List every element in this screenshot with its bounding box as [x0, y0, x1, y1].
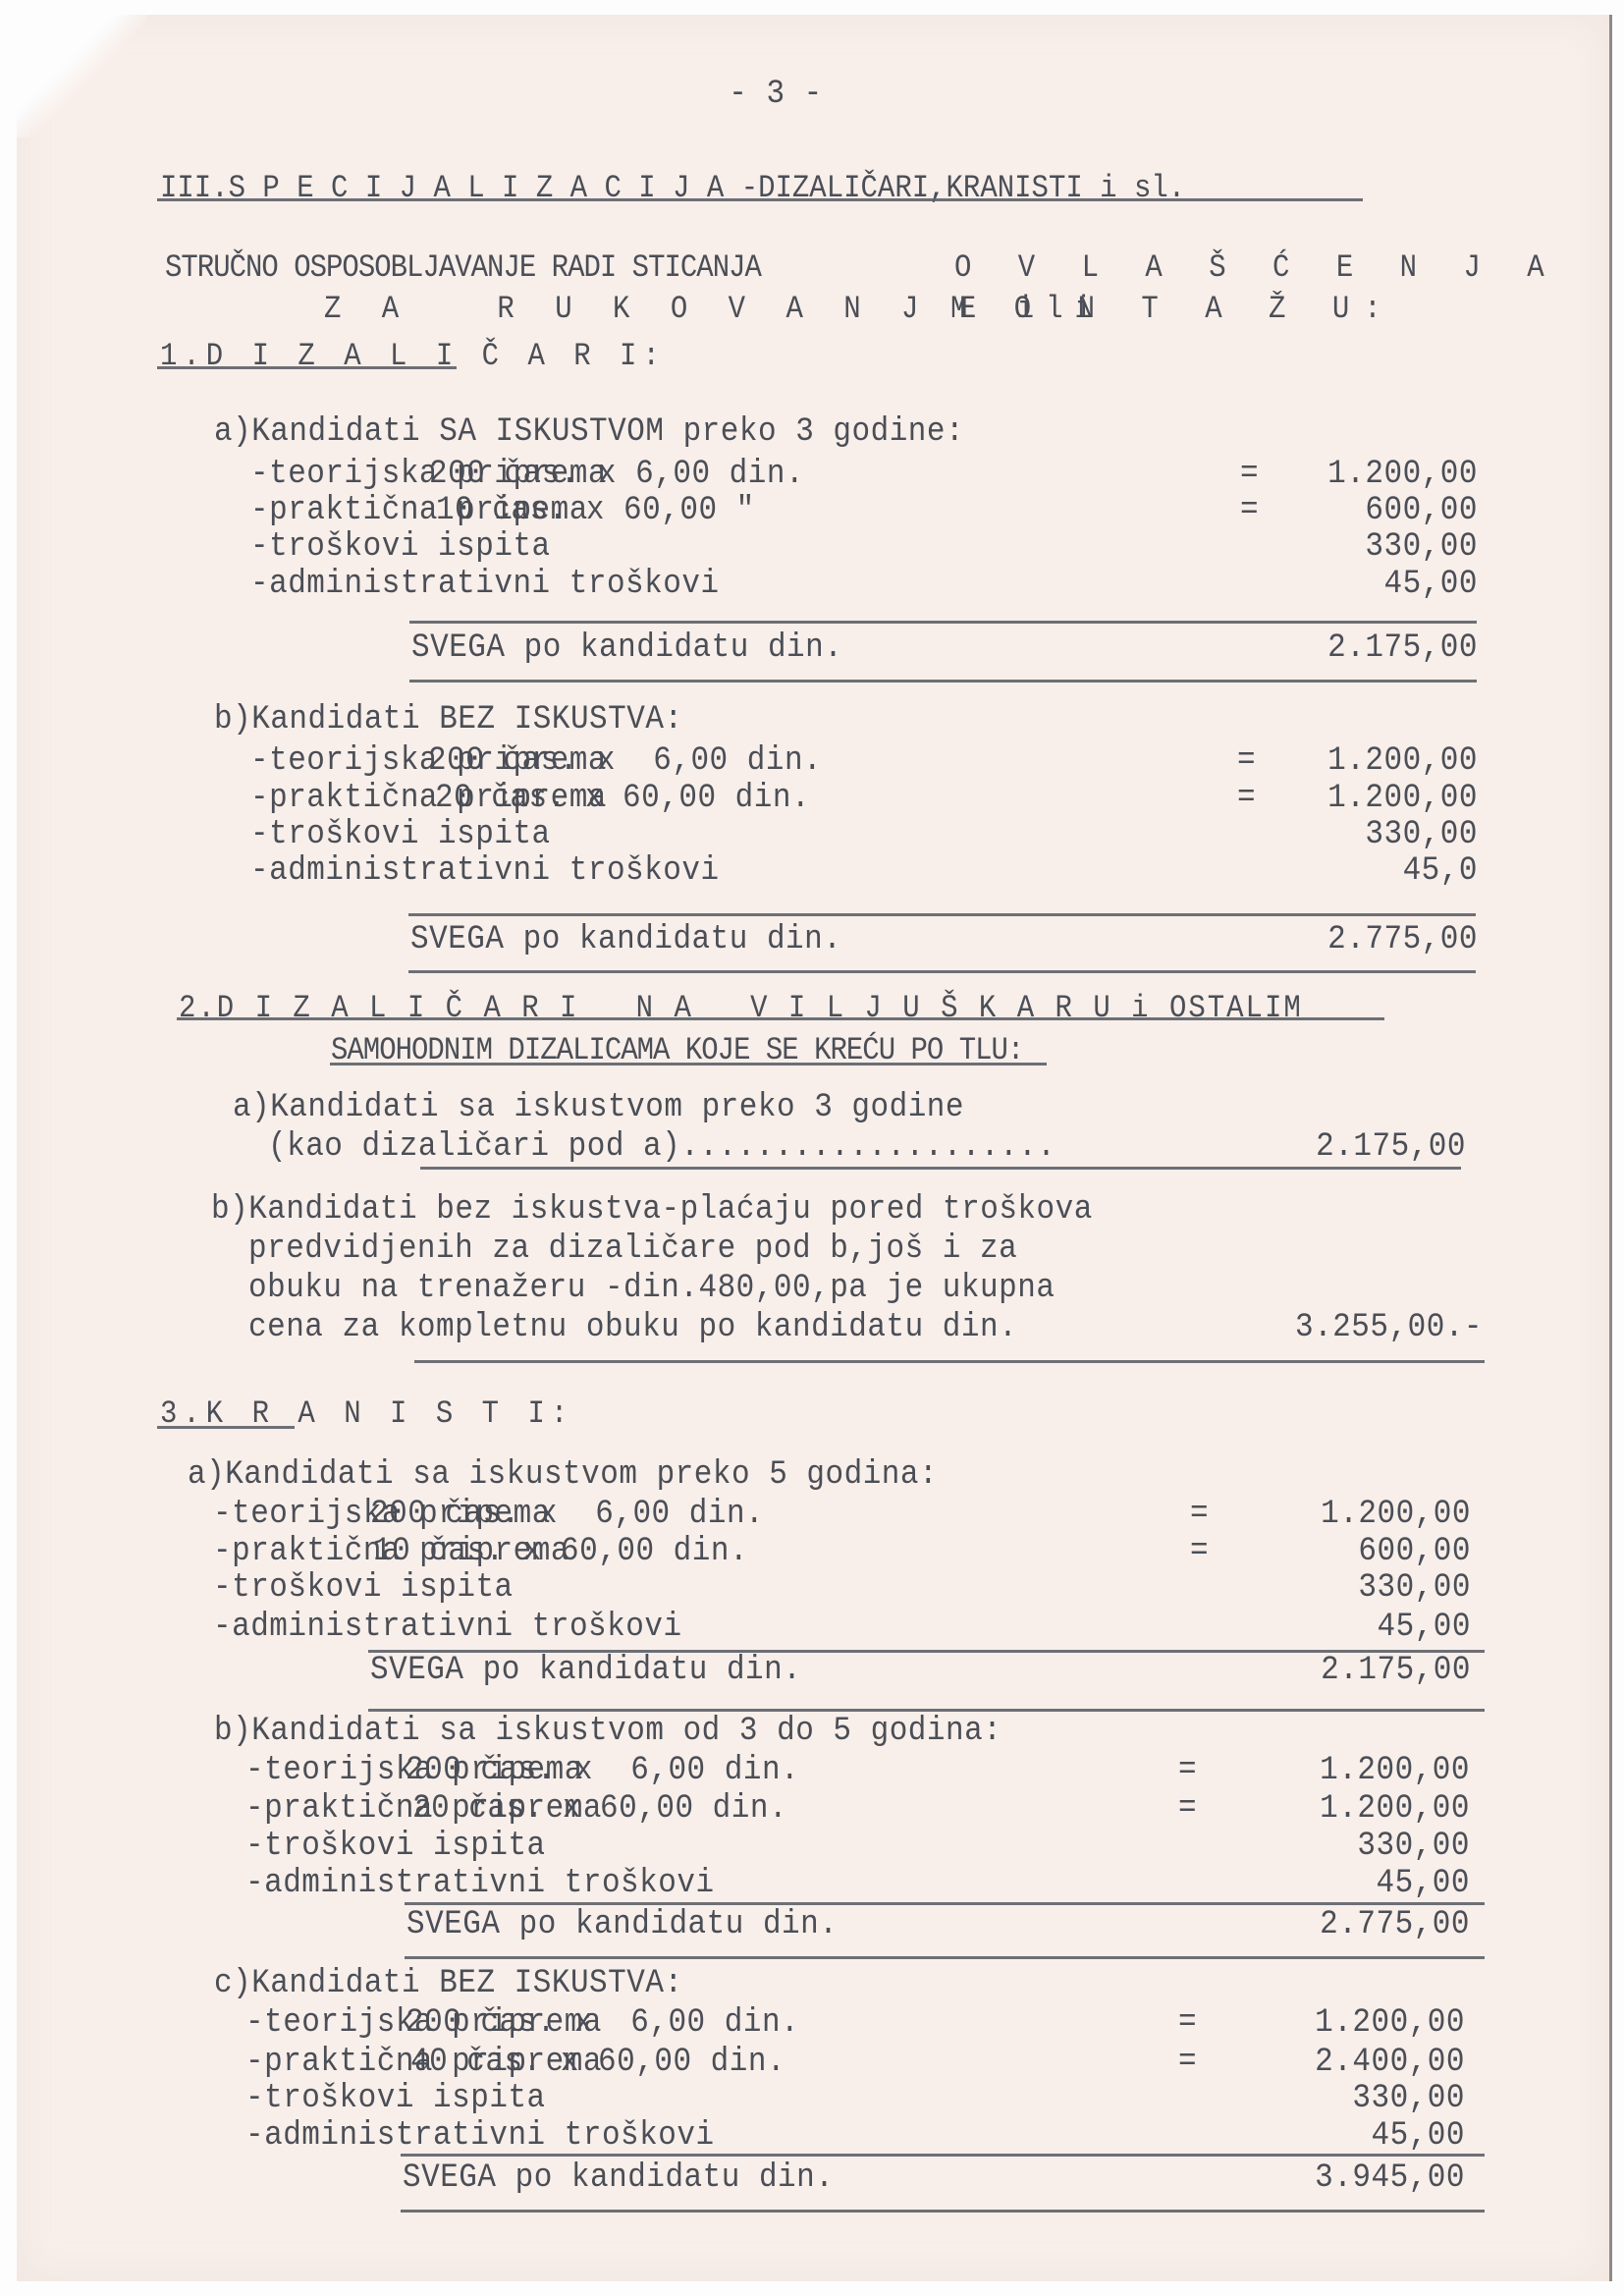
- section-2-b-line2: predvidjenih za dizaličare pod b,još i z…: [248, 1230, 1017, 1269]
- total-rule-bottom: [405, 1956, 1485, 1959]
- section-2-heading-line1: 2.D I Z A L I Č A R I N A V I L J U Š K …: [179, 989, 1303, 1028]
- cost-item-amount: 1.200,00: [1215, 1751, 1470, 1790]
- cost-item-name: -troškovi ispita: [245, 1827, 546, 1866]
- total-amount: 3.945,00: [1210, 2159, 1465, 2198]
- cost-item-calc: 10 čas. x 60,00 din.: [373, 1532, 748, 1571]
- cost-item-name: -administrativni troškovi: [213, 1608, 682, 1647]
- cost-item-amount: 45,00: [1215, 1864, 1470, 1903]
- cost-item-amount: 1.200,00: [1222, 455, 1478, 494]
- section-2-underline-1: [177, 1017, 1384, 1020]
- total-label: SVEGA po kandidatu din.: [411, 629, 842, 668]
- cost-item-amount: 45,0: [1222, 851, 1478, 891]
- section-2-underline-2: [330, 1063, 1047, 1066]
- section-2-b-line1: b)Kandidati bez iskustva-plaćaju pored t…: [211, 1190, 1093, 1230]
- cost-item-amount: 45,00: [1216, 1608, 1471, 1647]
- total-label: SVEGA po kandidatu din.: [370, 1651, 801, 1690]
- cost-item-amount: 1.200,00: [1210, 2003, 1465, 2043]
- cost-item-calc: 200 čas. x 6,00 din.: [406, 2003, 799, 2043]
- cost-item-name: -administrativni troškovi: [250, 565, 720, 604]
- section-2-a-amount: 2.175,00: [1178, 1127, 1466, 1167]
- cost-item-equals: =: [1190, 1532, 1209, 1571]
- cost-item-amount: 2.400,00: [1210, 2043, 1465, 2082]
- cost-item-amount: 330,00: [1210, 2079, 1465, 2118]
- total-rule-bottom: [401, 2210, 1485, 2213]
- total-rule-top: [408, 913, 1476, 916]
- cost-item-amount: 330,00: [1222, 815, 1478, 854]
- total-label: SVEGA po kandidatu din.: [406, 1905, 838, 1944]
- cost-item-equals: =: [1178, 1789, 1197, 1829]
- cost-item-equals: =: [1178, 2043, 1197, 2082]
- section-1-underline: [157, 366, 457, 369]
- total-rule-bottom: [409, 680, 1477, 683]
- cost-item-calc: 200 čas. x 6,00 din.: [428, 741, 822, 781]
- section-2-a-underline: [420, 1167, 1461, 1170]
- section-2-a-line1: a)Kandidati sa iskustvom preko 3 godine: [233, 1088, 964, 1127]
- cost-item-amount: 1.200,00: [1216, 1495, 1471, 1534]
- total-amount: 2.775,00: [1222, 920, 1478, 959]
- main-title: III.S P E C I J A L I Z A C I J A -DIZAL…: [160, 169, 1185, 208]
- total-rule-top: [409, 621, 1477, 624]
- cost-item-amount: 45,00: [1222, 565, 1478, 604]
- cost-item-name: -troškovi ispita: [250, 815, 551, 854]
- title-underline: [157, 198, 1363, 201]
- cost-item-name: -troškovi ispita: [213, 1568, 514, 1608]
- cost-item-name: -administrativni troškovi: [245, 1864, 715, 1903]
- cost-item-calc: 10 čas. x 60,00 ": [436, 491, 755, 530]
- section-1-heading: 1.D I Z A L I Č A R I:: [160, 337, 666, 376]
- section-2-b-underline: [414, 1360, 1485, 1363]
- section-2-b-line4: cena za kompletnu obuku po kandidatu din…: [248, 1308, 1017, 1347]
- cost-item-equals: =: [1178, 2003, 1197, 2043]
- cost-item-calc: 200 čas. x 6,00 din.: [406, 1751, 799, 1790]
- total-rule-top: [401, 2154, 1485, 2157]
- cost-item-name: -administrativni troškovi: [245, 2116, 715, 2156]
- cost-item-amount: 600,00: [1216, 1532, 1471, 1571]
- cost-item-amount: 1.200,00: [1222, 741, 1478, 781]
- group-label: c)Kandidati BEZ ISKUSTVA:: [214, 1964, 683, 2003]
- page-number: - 3 -: [677, 75, 874, 114]
- cost-item-equals: =: [1190, 1495, 1209, 1534]
- cost-item-amount: 600,00: [1222, 491, 1478, 530]
- total-rule-bottom: [408, 970, 1476, 973]
- cost-item-calc: 200 čas. x 6,00 din.: [370, 1495, 764, 1534]
- total-amount: 2.775,00: [1215, 1905, 1470, 1944]
- cost-item-calc: 40 čas. x 60,00 din.: [410, 2043, 785, 2082]
- cost-item-name: -troškovi ispita: [250, 527, 551, 567]
- cost-item-calc: 200 čas. x 6,00 din.: [429, 455, 804, 494]
- total-label: SVEGA po kandidatu din.: [403, 2159, 834, 2198]
- subtitle-line2-right: M O N T A Ž U:: [950, 290, 1396, 329]
- cost-item-calc: 20 čas. x 60,00 din.: [435, 779, 810, 818]
- cost-item-name: -troškovi ispita: [245, 2079, 546, 2118]
- cost-item-name: -administrativni troškovi: [250, 851, 720, 891]
- total-label: SVEGA po kandidatu din.: [410, 920, 841, 959]
- cost-item-amount: 330,00: [1216, 1568, 1471, 1608]
- group-label: b)Kandidati BEZ ISKUSTVA:: [214, 700, 683, 739]
- group-label: a)Kandidati SA ISKUSTVOM preko 3 godine:: [214, 412, 964, 452]
- total-amount: 2.175,00: [1222, 629, 1478, 668]
- section-2-b-amount: 3.255,00.-: [1208, 1308, 1483, 1347]
- section-2-a-line2: (kao dizaličari pod a)..................…: [268, 1127, 1056, 1167]
- cost-item-amount: 45,00: [1210, 2116, 1465, 2156]
- group-label: a)Kandidati sa iskustvom preko 5 godina:: [188, 1455, 938, 1495]
- cost-item-amount: 1.200,00: [1222, 779, 1478, 818]
- cost-item-amount: 330,00: [1222, 527, 1478, 567]
- cost-item-calc: 20 čas. x 60,00 din.: [412, 1789, 787, 1829]
- cost-item-amount: 1.200,00: [1215, 1789, 1470, 1829]
- section-3-underline: [157, 1426, 295, 1429]
- group-label: b)Kandidati sa iskustvom od 3 do 5 godin…: [214, 1712, 1001, 1751]
- cost-item-amount: 330,00: [1215, 1827, 1470, 1866]
- total-amount: 2.175,00: [1216, 1651, 1471, 1690]
- subtitle-line1-left: STRUČNO OSPOSOBLJAVANJE RADI STICANJA: [165, 248, 761, 288]
- section-2-b-line3: obuku na trenažeru -din.480,00,pa je uku…: [248, 1269, 1055, 1308]
- subtitle-line1-right: O V L A Š Ć E N J A: [954, 248, 1559, 288]
- cost-item-equals: =: [1178, 1751, 1197, 1790]
